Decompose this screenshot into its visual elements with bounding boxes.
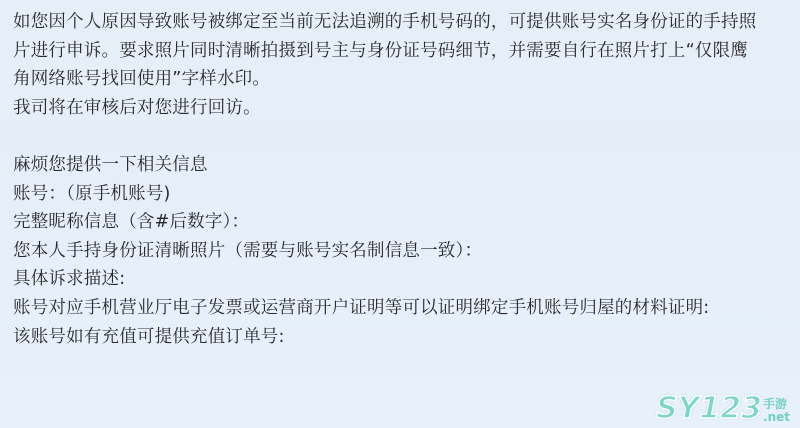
field-nickname: 完整昵称信息（含#后数字）： (13, 208, 793, 237)
watermark-logo: SY123 手游 .net (656, 394, 790, 424)
text-line: 我司将在审核后对您进行回访。 (13, 94, 793, 123)
field-proof: 账号对应手机营业厅电子发票或运营商开户证明等可以证明绑定手机账号归屋的材料证明: (13, 294, 793, 323)
text-line: 角网络账号找回使用”字样水印。 (13, 65, 793, 94)
text-line: 如您因个人原因导致账号被绑定至当前无法追溯的手机号码的，可提供账号实名身份证的手… (13, 8, 793, 37)
field-account: 账号：（原手机账号) (13, 180, 793, 209)
field-order-number: 该账号如有充值可提供充值订单号: (13, 323, 793, 352)
field-description: 具体诉求描述: (13, 265, 793, 294)
text-line: 片进行申诉。要求照片同时清晰拍摄到号主与身份证号码细节，并需要自行在照片打上“仅… (13, 37, 793, 66)
document-body: 如您因个人原因导致账号被绑定至当前无法追溯的手机号码的，可提供账号实名身份证的手… (13, 8, 793, 351)
watermark-net: .net (763, 411, 790, 424)
watermark-side: 手游 .net (763, 398, 790, 424)
field-id-photo: 您本人手持身份证清晰照片（需要与账号实名制信息一致）： (13, 237, 793, 266)
text-line: 麻烦您提供一下相关信息 (13, 151, 793, 180)
blank-line (13, 122, 793, 151)
watermark-main: SY123 (656, 394, 762, 424)
